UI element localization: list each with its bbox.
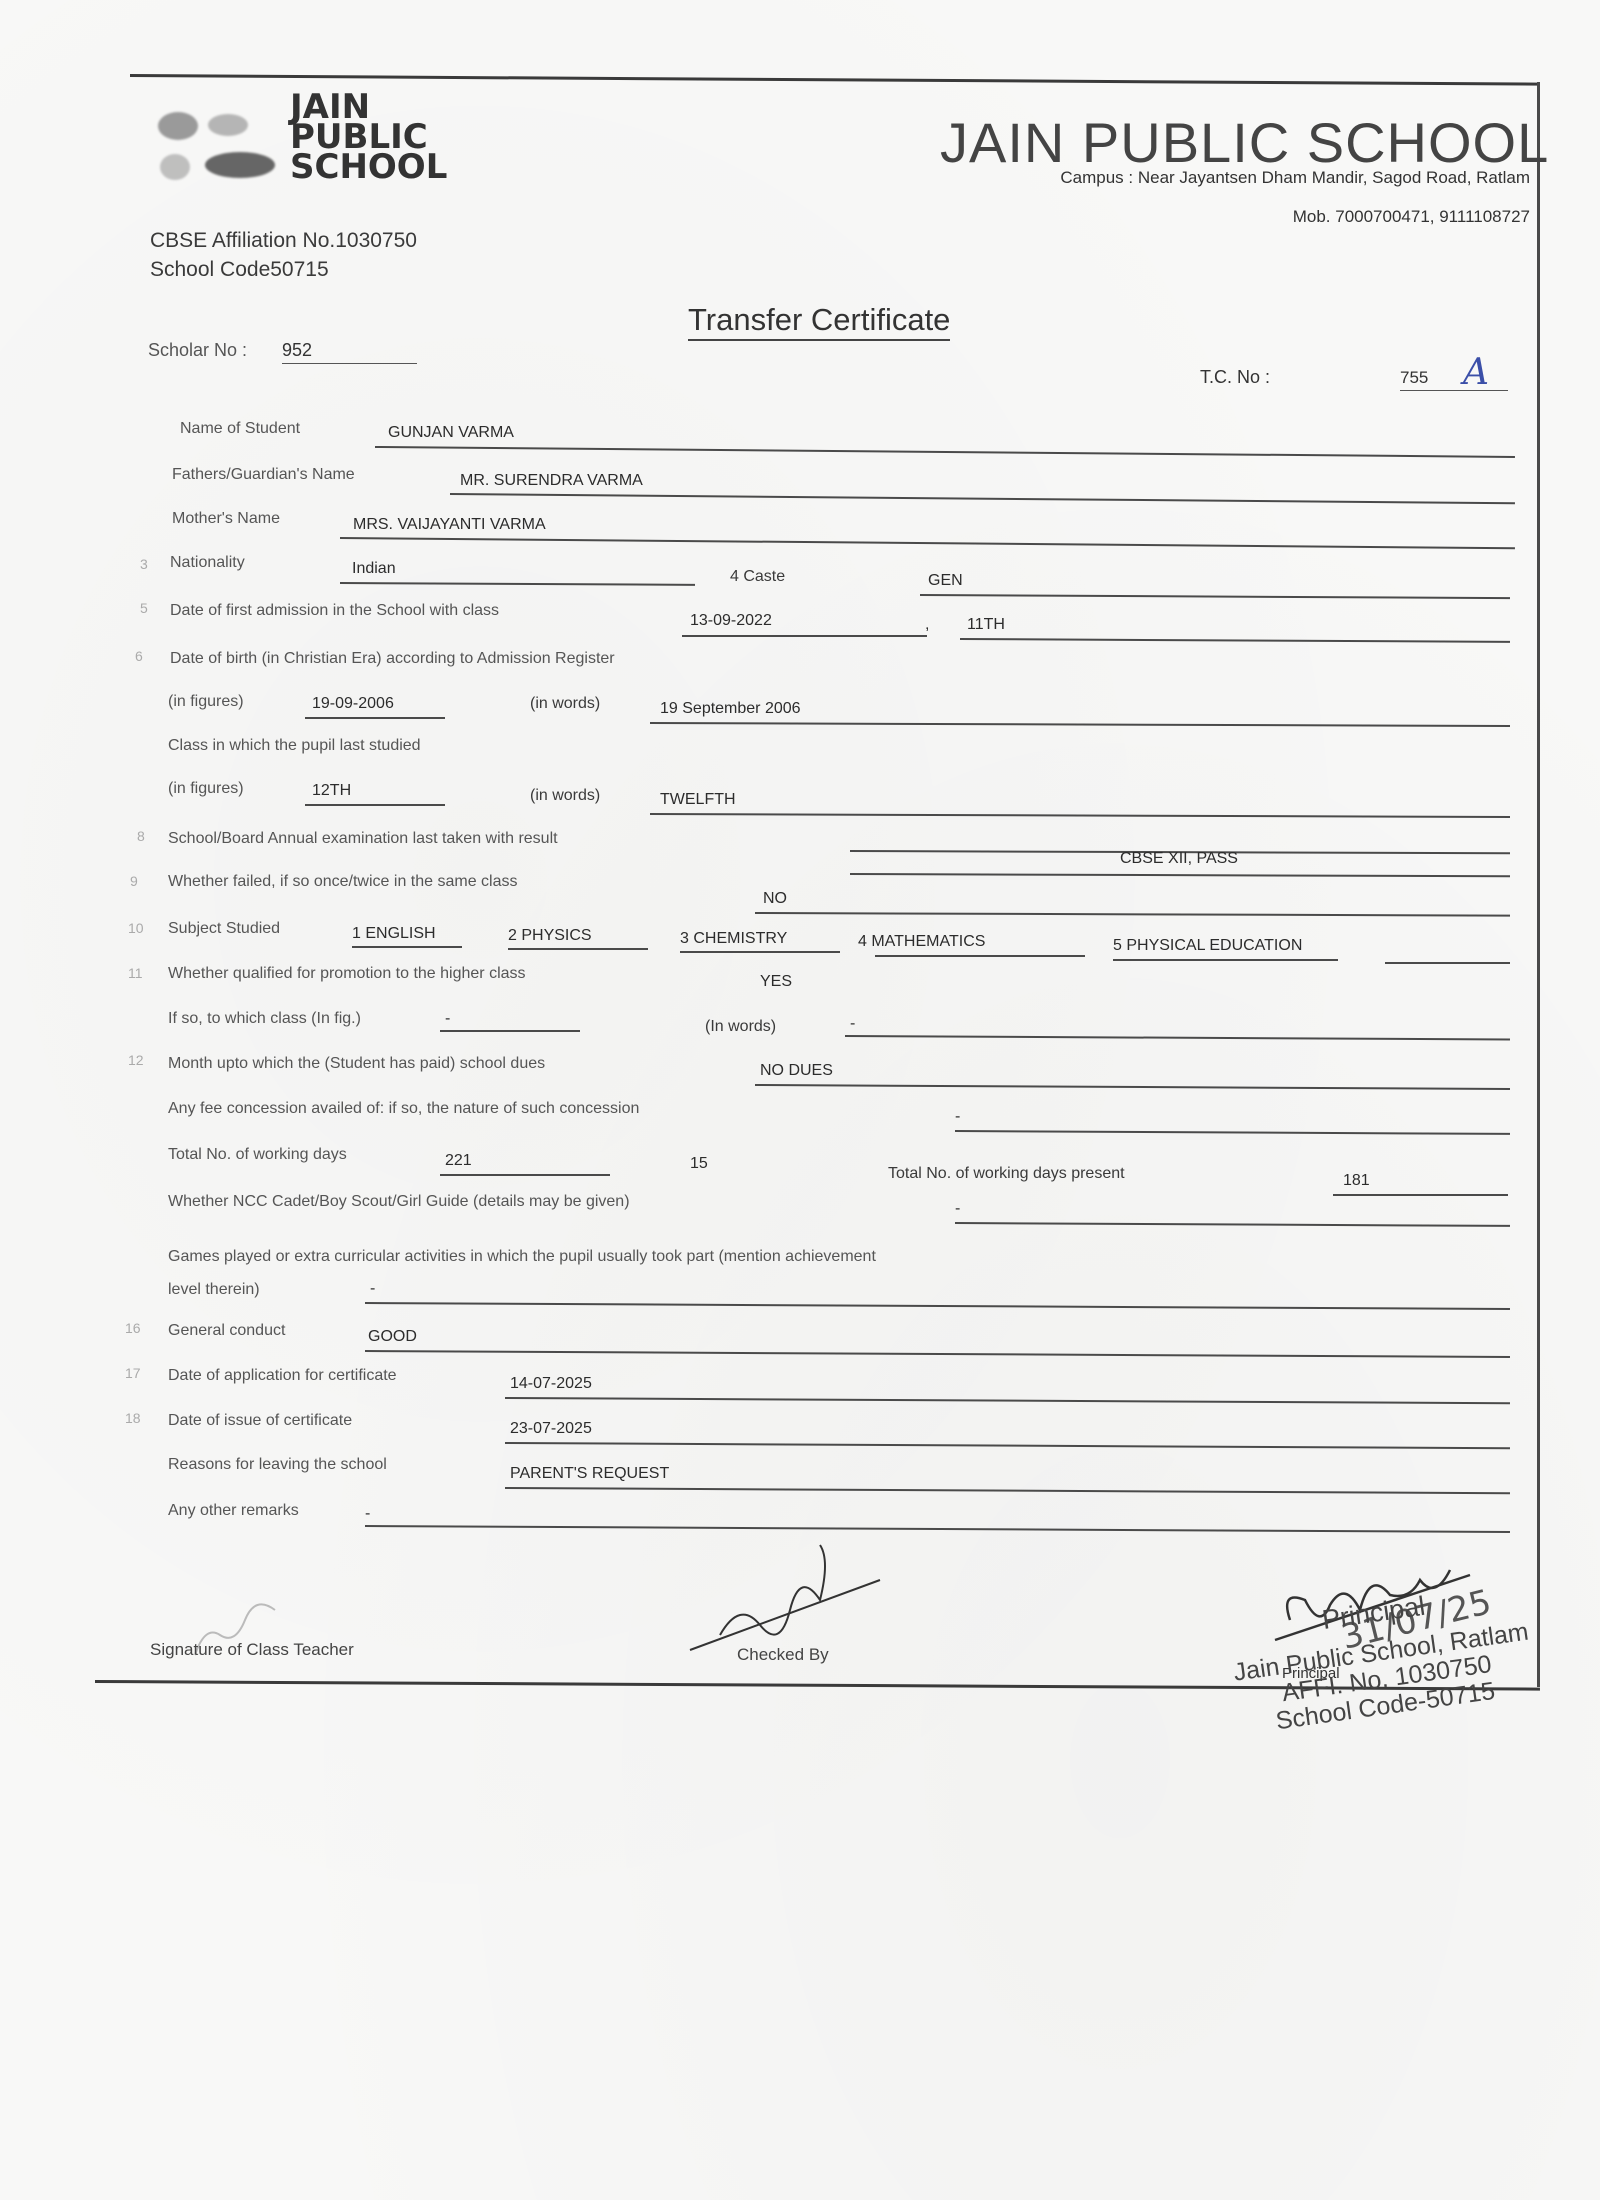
campus-address: Campus : Near Jayantsen Dham Mandir, Sag… — [1060, 168, 1530, 188]
last-class-label: Class in which the pupil last studied — [168, 737, 421, 755]
mother-name-line — [340, 537, 1515, 549]
tc-no-value: 755 — [1400, 368, 1508, 391]
subject-3: 3 CHEMISTRY — [680, 930, 787, 948]
ncc-value: - — [955, 1200, 960, 1218]
promotion-class-figures: - — [445, 1010, 450, 1028]
dob-figures-label: (in figures) — [168, 693, 244, 711]
promotion-label: Whether qualified for promotion to the h… — [168, 965, 526, 983]
scholar-no-label: Scholar No : — [148, 340, 247, 361]
admission-date-value: 13-09-2022 — [690, 612, 772, 630]
last-class-words-label: (in words) — [530, 787, 600, 805]
working-days-present-label: Total No. of working days present — [888, 1165, 1125, 1183]
working-days-present-value: 181 — [1343, 1172, 1370, 1190]
row-number: 12 — [128, 1052, 144, 1068]
student-name-label: Name of Student — [180, 420, 300, 438]
failed-value: NO — [763, 890, 787, 908]
row-number: 3 — [140, 556, 148, 572]
games-label-line-2: level therein) — [168, 1281, 260, 1299]
promotion-class-figures-line — [440, 1030, 580, 1032]
dob-words-value: 19 September 2006 — [660, 700, 801, 718]
last-class-figures-label: (in figures) — [168, 780, 244, 798]
father-name-line — [450, 493, 1515, 504]
mother-name-label: Mother's Name — [172, 510, 280, 528]
row-number: 6 — [135, 648, 143, 664]
working-days-extra: 15 — [690, 1155, 708, 1173]
admission-class-value: 11TH — [967, 616, 1005, 634]
nationality-value: Indian — [352, 560, 396, 578]
application-date-line — [505, 1397, 1510, 1404]
last-exam-value: CBSE XII, PASS — [1120, 850, 1238, 868]
dob-figures-line — [305, 717, 445, 719]
frame-top-border — [130, 74, 1540, 86]
dob-words-line — [650, 722, 1510, 727]
last-class-words-value: TWELFTH — [660, 791, 736, 809]
dob-words-label: (in words) — [530, 695, 600, 713]
admission-label: Date of first admission in the School wi… — [170, 602, 499, 620]
promotion-class-words: - — [850, 1015, 855, 1033]
issue-date-label: Date of issue of certificate — [168, 1412, 352, 1430]
subject-1-line — [352, 946, 462, 948]
concession-value: - — [955, 1108, 960, 1126]
conduct-label: General conduct — [168, 1322, 285, 1340]
subject-2-line — [508, 948, 648, 950]
last-class-words-line — [650, 813, 1510, 818]
subject-5: 5 PHYSICAL EDUCATION — [1113, 937, 1302, 955]
issue-date-line — [505, 1442, 1510, 1449]
tc-handwritten-mark: A — [1463, 352, 1489, 393]
logo-wordmark: JAIN PUBLIC SCHOOL — [290, 92, 447, 182]
tc-no-label: T.C. No : — [1200, 367, 1270, 388]
school-logo: JAIN PUBLIC SCHOOL — [150, 92, 470, 212]
row-number: 10 — [128, 920, 144, 936]
subjects-label: Subject Studied — [168, 920, 280, 938]
application-date-label: Date of application for certificate — [168, 1367, 397, 1385]
affiliation-number: CBSE Affiliation No.1030750 — [150, 226, 417, 255]
row-number: 8 — [137, 828, 145, 844]
checked-by-label: Checked By — [737, 1645, 829, 1665]
dues-line — [755, 1084, 1510, 1090]
logo-emblem-icon — [150, 112, 280, 192]
comma-separator: , — [925, 616, 929, 634]
subject-1: 1 ENGLISH — [352, 925, 436, 943]
concession-label: Any fee concession availed of: if so, th… — [168, 1100, 639, 1118]
class-teacher-signature-label: Signature of Class Teacher — [150, 1640, 354, 1660]
issue-date-value: 23-07-2025 — [510, 1420, 592, 1438]
conduct-value: GOOD — [368, 1328, 417, 1346]
frame-right-border — [1537, 82, 1540, 1687]
promotion-class-words-label: (In words) — [705, 1018, 776, 1036]
row-number: 18 — [125, 1410, 141, 1426]
subject-2: 2 PHYSICS — [508, 927, 592, 945]
admission-class-line — [960, 638, 1510, 642]
remarks-value: - — [365, 1505, 370, 1523]
caste-label: 4 Caste — [730, 568, 785, 586]
subject-3-line — [680, 951, 840, 953]
last-exam-line — [850, 873, 1510, 877]
promotion-class-words-line — [845, 1035, 1510, 1040]
dob-figures-value: 19-09-2006 — [312, 695, 394, 713]
admission-date-line — [682, 635, 927, 637]
nationality-label: Nationality — [170, 554, 245, 572]
remarks-line — [365, 1525, 1510, 1533]
promotion-class-label: If so, to which class (In fig.) — [168, 1010, 361, 1028]
scholar-no-value: 952 — [282, 340, 417, 364]
subject-6-line — [1385, 962, 1510, 964]
subject-5-line — [1113, 959, 1338, 961]
concession-line — [955, 1130, 1510, 1134]
promotion-value: YES — [760, 973, 792, 991]
student-name-value: GUNJAN VARMA — [388, 424, 514, 442]
row-number: 16 — [125, 1320, 141, 1336]
subject-4: 4 MATHEMATICS — [858, 933, 985, 951]
working-days-label: Total No. of working days — [168, 1146, 347, 1164]
row-number: 9 — [130, 873, 138, 889]
reason-line — [505, 1487, 1510, 1494]
failed-line — [755, 912, 1510, 916]
logo-line-3: SCHOOL — [290, 152, 447, 182]
school-code: School Code50715 — [150, 255, 417, 284]
games-value: - — [370, 1280, 375, 1298]
student-name-line — [375, 446, 1515, 458]
last-class-figures-value: 12TH — [312, 782, 351, 800]
row-number: 17 — [125, 1365, 141, 1381]
last-exam-label: School/Board Annual examination last tak… — [168, 830, 558, 848]
last-class-figures-line — [305, 804, 445, 806]
row-number: 11 — [128, 965, 143, 981]
dues-value: NO DUES — [760, 1062, 833, 1080]
caste-line — [920, 594, 1510, 599]
mother-name-value: MRS. VAIJAYANTI VARMA — [353, 516, 546, 534]
school-name-heading: JAIN PUBLIC SCHOOL — [940, 110, 1549, 175]
row-number: 5 — [140, 600, 148, 616]
mobile-numbers: Mob. 7000700471, 9111108727 — [1293, 207, 1530, 227]
application-date-value: 14-07-2025 — [510, 1375, 592, 1393]
reason-value: PARENT'S REQUEST — [510, 1465, 669, 1483]
nationality-line — [340, 582, 695, 585]
reason-label: Reasons for leaving the school — [168, 1456, 387, 1474]
ncc-label: Whether NCC Cadet/Boy Scout/Girl Guide (… — [168, 1193, 630, 1211]
document-title: Transfer Certificate — [688, 302, 950, 341]
subject-4-line — [875, 955, 1085, 957]
ncc-line — [955, 1222, 1510, 1226]
father-name-value: MR. SURENDRA VARMA — [460, 472, 643, 490]
affiliation-block: CBSE Affiliation No.1030750 School Code5… — [150, 226, 417, 284]
games-line — [365, 1302, 1510, 1310]
games-label: Games played or extra curricular activit… — [168, 1248, 876, 1266]
working-days-present-line — [1333, 1194, 1508, 1196]
working-days-line — [440, 1174, 610, 1176]
conduct-line — [365, 1350, 1510, 1358]
transfer-certificate-page: JAIN PUBLIC SCHOOL CBSE Affiliation No.1… — [0, 0, 1600, 2200]
working-days-value: 221 — [445, 1152, 472, 1170]
remarks-label: Any other remarks — [168, 1502, 299, 1520]
father-name-label: Fathers/Guardian's Name — [172, 466, 355, 484]
failed-label: Whether failed, if so once/twice in the … — [168, 873, 518, 891]
dues-label: Month upto which the (Student has paid) … — [168, 1055, 545, 1073]
dob-label: Date of birth (in Christian Era) accordi… — [170, 650, 615, 668]
caste-value: GEN — [928, 572, 963, 590]
